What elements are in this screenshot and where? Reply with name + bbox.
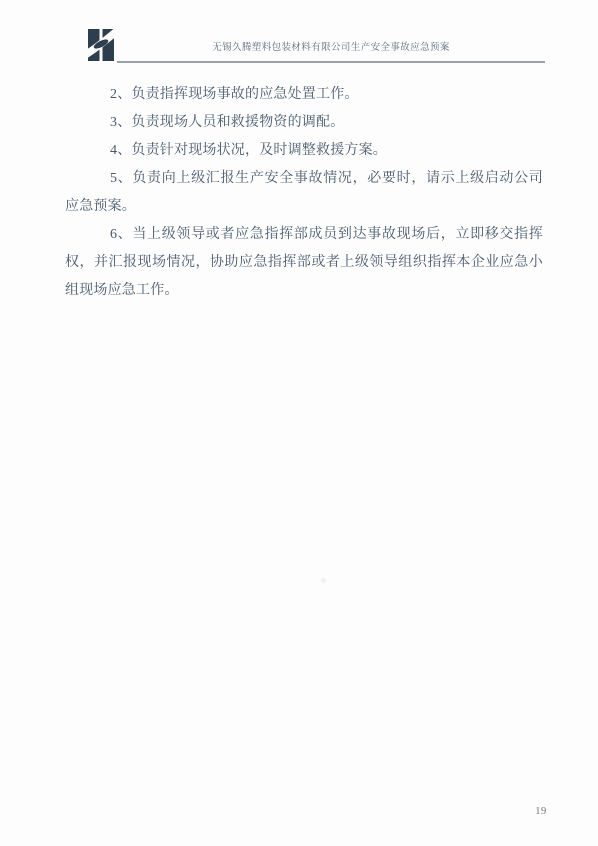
header-rule-line [117,61,545,63]
page-number: 19 [506,806,576,817]
document-body: 2、负责指挥现场事故的应急处置工作。 3、负责现场人员和救援物资的调配。 4、负… [65,81,543,305]
paragraph-item-2: 2、负责指挥现场事故的应急处置工作。 [65,81,543,109]
paragraph-item-5: 5、负责向上级汇报生产安全事故情况，必要时，请示上级启动公司应急预案。 [65,165,543,221]
paragraph-item-4: 4、负责针对现场状况，及时调整救援方案。 [65,137,543,165]
header-document-title: 无锡久腾塑料包装材料有限公司生产安全事故应急预案 [117,41,545,55]
document-page: 无锡久腾塑料包装材料有限公司生产安全事故应急预案 2、负责指挥现场事故的应急处置… [0,0,598,846]
paragraph-item-6: 6、当上级领导或者应急指挥部成员到达事故现场后，立即移交指挥权，并汇报现场情况，… [65,221,543,305]
company-logo-icon [88,28,118,61]
scan-artifact-dot [321,578,326,583]
paragraph-item-3: 3、负责现场人员和救援物资的调配。 [65,109,543,137]
